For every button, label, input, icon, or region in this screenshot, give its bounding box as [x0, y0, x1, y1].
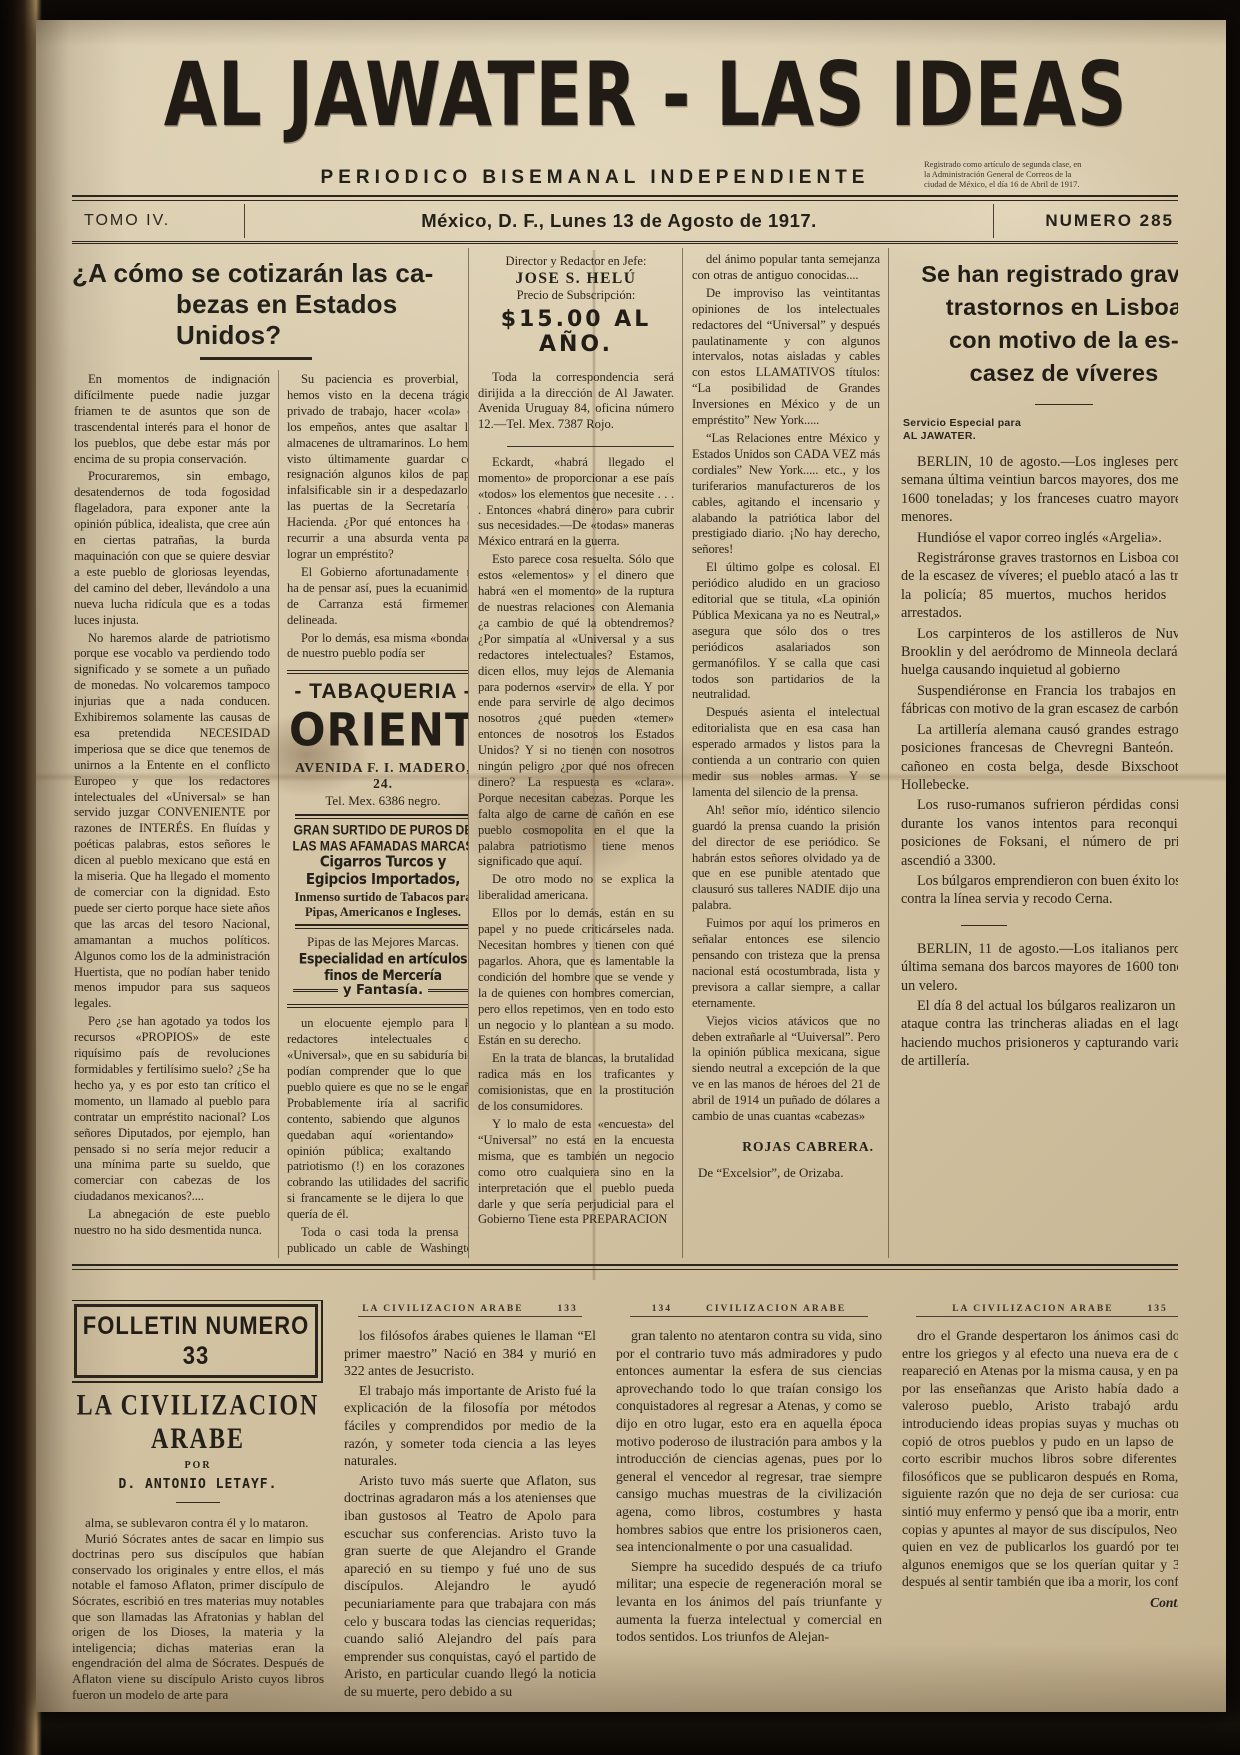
paragraph: Toda o casi toda la prensa ha publicado …	[287, 1225, 468, 1258]
folletin-number-box: FOLLETIN NUMERO 33	[74, 1304, 318, 1378]
paragraph: Procuraremos, sin embago, desatendernos …	[74, 469, 270, 628]
paragraph: Viejos vicios atávicos que no deben extr…	[692, 1014, 880, 1125]
paragraph: La artillería alemana causó grandes estr…	[901, 721, 1178, 795]
section-rule	[72, 1264, 1178, 1270]
paragraph: del ánimo popular tanta semejanza con ot…	[692, 252, 880, 284]
folletin-number: FOLLETIN NUMERO 33	[81, 1311, 311, 1371]
running-head-135: LA CIVILIZACION ARABE 135	[916, 1304, 1178, 1317]
paragraph: Los búlgaros emprendieron con buen éxito…	[901, 872, 1178, 909]
paragraph: El día 8 del actual los búlgaros realiza…	[901, 997, 1178, 1071]
ad-business-name: ORIENTAL	[289, 705, 468, 758]
paragraph: Después asienta el intelectual editorial…	[692, 705, 880, 800]
paragraph: Por lo demás, esa misma «bondad» de nues…	[287, 631, 468, 663]
paragraph: Su paciencia es proverbial, lo hemos vis…	[287, 372, 468, 563]
masthead: AL JAWATER - LAS IDEAS	[72, 28, 1178, 143]
paragraph: En la trata de blancas, la brutalidad ra…	[478, 1051, 674, 1115]
volume-label: TOMO IV.	[72, 212, 244, 230]
folletin-section: FOLLETIN NUMERO 33 LA CIVILIZACION ARABE…	[72, 1300, 1178, 1740]
paragraph: un elocuente ejemplo para los redactores…	[287, 1016, 468, 1223]
paragraph: Siempre ha sucedido después de ca triufo…	[616, 1558, 882, 1646]
correspondence-note: Toda la correspondencia será dirijida a …	[478, 370, 674, 434]
column-4: del ánimo popular tanta semejanza con ot…	[682, 248, 888, 1258]
ad-divider	[295, 814, 468, 819]
paragraph: Pero ¿se han agotado ya todos los recurs…	[74, 1014, 270, 1205]
running-head-133: LA CIVILIZACION ARABE 133	[358, 1304, 582, 1317]
ad-promo-tobacco: Inmenso surtido de Tabacos para Pipas, A…	[289, 890, 468, 919]
paragraph: En momentos de indignación difícilmente …	[74, 372, 270, 467]
ad-divider	[295, 924, 468, 929]
ad-address: AVENIDA F. I. MADERO, 24.	[289, 760, 468, 792]
paragraph: De improviso las veintitantas opiniones …	[692, 286, 880, 429]
paragraph: BERLIN, 10 de agosto.—Los ingleses perdi…	[901, 453, 1178, 527]
lead-article: ¿A cómo se cotizarán las ca- bezas en Es…	[72, 248, 468, 1258]
lead-article-headline: ¿A cómo se cotizarán las ca- bezas en Es…	[72, 258, 468, 351]
ad-promo-specialty: Especialidad en artículos finos de Merce…	[289, 951, 468, 984]
ad-kicker: - TABAQUERIA -	[289, 680, 468, 704]
running-head-title: CIVILIZACION ARABE	[706, 1304, 846, 1314]
paragraph: Suspendiéronse en Francia los trabajos e…	[901, 682, 1178, 719]
paragraph: dro el Grande despertaron los ánimos cas…	[902, 1327, 1178, 1591]
headline-divider	[1035, 404, 1093, 405]
paragraph: Esto parece cosa resuelta. Sólo que esto…	[478, 552, 674, 870]
newspaper-scan: AL JAWATER - LAS IDEAS PERIODICO BISEMAN…	[0, 0, 1240, 1755]
ad-promo-fantasy-row: y Fantasía.	[293, 983, 468, 998]
to-be-continued: Continuará.	[902, 1595, 1178, 1611]
folletin-column-b: LA CIVILIZACION ARABE 133 los filósofos …	[334, 1300, 606, 1740]
ad-promo-pipes: Pipas de las Mejores Marcas.	[289, 934, 468, 950]
running-head-title: LA CIVILIZACION ARABE	[952, 1304, 1113, 1314]
issue-number: NUMERO 285	[994, 211, 1178, 231]
column-1: En momentos de indignación difícilmente …	[72, 370, 279, 1258]
page-number: 135	[1148, 1304, 1168, 1314]
paragraph: Eckardt, «habrá llegado el momento» de p…	[478, 455, 674, 550]
folletin-author: D. ANTONIO LETAYF.	[72, 1477, 324, 1492]
folletin-by-label: POR	[72, 1460, 324, 1471]
paragraph: Los ruso-rumanos sufrieron pérdidas cons…	[901, 796, 1178, 870]
paragraph: Registráronse graves trastornos en Lisbo…	[901, 549, 1178, 623]
article-signature: ROJAS CABRERA.	[692, 1139, 874, 1155]
paragraph: “Las Relaciones entre México y Estados U…	[692, 431, 880, 558]
paragraph: No haremos alarde de patriotismo porque …	[74, 631, 270, 1013]
folletin-title: LA CIVILIZACION ARABE	[72, 1389, 324, 1457]
paragraph: Los carpinteros de los astilleros de Nuv…	[901, 625, 1178, 680]
running-head-title: LA CIVILIZACION ARABE	[362, 1304, 523, 1314]
column-3: Director y Redactor en Jefe: JOSE S. HEL…	[468, 248, 682, 1258]
headline-line-2: bezas en Estados Unidos?	[72, 289, 468, 351]
subscription-label: Precio de Subscripción:	[478, 288, 674, 303]
paragraph: Ah! señor mío, idéntico silencio guardó …	[692, 803, 880, 914]
headline-underline	[200, 357, 312, 360]
masthead-subtitle: PERIODICO BISEMANAL INDEPENDIENTE	[76, 167, 924, 189]
dispatch-divider	[961, 925, 1007, 926]
folletin-column-c: 134 CIVILIZACION ARABE gran talento no a…	[606, 1300, 892, 1740]
column-divider-rule	[507, 446, 674, 447]
folletin-column-d: LA CIVILIZACION ARABE 135 dro el Grande …	[892, 1300, 1178, 1740]
dateline-row: TOMO IV. México, D. F., Lunes 13 de Agos…	[72, 201, 1178, 244]
running-head-134: 134 CIVILIZACION ARABE	[630, 1304, 868, 1317]
lisboa-headline: Se han registrado graves trastornos en L…	[901, 258, 1178, 390]
paragraph: Fuimos por aquí los primeros en señalar …	[692, 916, 880, 1011]
ad-promo-imported: Cigarros Turcos y Egipcios Importados,	[289, 854, 468, 889]
paragraph: alma, se sublevaron contra él y lo matar…	[72, 1515, 324, 1531]
column-2: Su paciencia es proverbial, lo hemos vis…	[279, 370, 468, 1258]
folletin-column-a: FOLLETIN NUMERO 33 LA CIVILIZACION ARABE…	[72, 1300, 334, 1740]
registration-note: Registrado como artículo de segunda clas…	[924, 159, 1174, 189]
editorial-info: Director y Redactor en Jefe: JOSE S. HEL…	[478, 252, 674, 357]
paragraph: Ellos por lo demás, están en su papel y …	[478, 906, 674, 1049]
article-source: De “Excelsior”, de Orizaba.	[698, 1165, 880, 1181]
paragraph: Murió Sócrates antes de sacar en limpio …	[72, 1531, 324, 1703]
paragraph: El último golpe es colosal. El periódico…	[692, 560, 880, 703]
ad-promo-fantasy: y Fantasía.	[343, 983, 423, 998]
paragraph: Aristo tuvo más suerte que Aflaton, sus …	[344, 1472, 596, 1701]
paragraph: Y lo malo de esta «encuesta» del “Univer…	[478, 1117, 674, 1228]
ad-phone: Tel. Mex. 6386 negro.	[289, 793, 468, 809]
paragraph: los filósofos árabes quienes le llaman “…	[344, 1327, 596, 1380]
director-name: JOSE S. HELÚ	[478, 270, 674, 288]
page-number: 134	[652, 1304, 672, 1314]
subscription-price: $15.00 AL AÑO.	[478, 307, 674, 357]
paragraph: La abnegación de este pueblo nuestro no …	[74, 1207, 270, 1239]
paragraph: El trabajo más importante de Aristo fué …	[344, 1382, 596, 1470]
column-5-lisboa-article: Se han registrado graves trastornos en L…	[888, 248, 1178, 1258]
paragraph: De otro modo no se explica la liberalida…	[478, 872, 674, 904]
headline-line-1: ¿A cómo se cotizarán las ca-	[72, 258, 434, 288]
newspaper-page: AL JAWATER - LAS IDEAS PERIODICO BISEMAN…	[36, 20, 1226, 1712]
paragraph: BERLIN, 11 de agosto.—Los italianos perd…	[901, 940, 1178, 995]
paragraph: Hundióse el vapor correo inglés «Argelia…	[901, 529, 1178, 547]
dateline: México, D. F., Lunes 13 de Agosto de 191…	[245, 210, 993, 232]
main-section: ¿A cómo se cotizarán las ca- bezas en Es…	[72, 248, 1178, 1258]
director-label: Director y Redactor en Jefe:	[478, 254, 674, 269]
masthead-title: AL JAWATER - LAS IDEAS	[164, 44, 1128, 147]
folletin-divider	[176, 1502, 220, 1503]
service-credit: Servicio Especial para AL JAWATER.	[903, 417, 1178, 443]
ad-promo-cigars: GRAN SURTIDO DE PUROS DE LAS MAS AFAMADA…	[289, 822, 468, 854]
paragraph: El Gobierno afortunadamente no ha de pen…	[287, 565, 468, 629]
paragraph: gran talento no atentaron contra su vida…	[616, 1327, 882, 1556]
tabaqueria-oriental-ad: - TABAQUERIA - ORIENTAL AVENIDA F. I. MA…	[287, 670, 468, 1008]
page-number: 133	[558, 1304, 578, 1314]
